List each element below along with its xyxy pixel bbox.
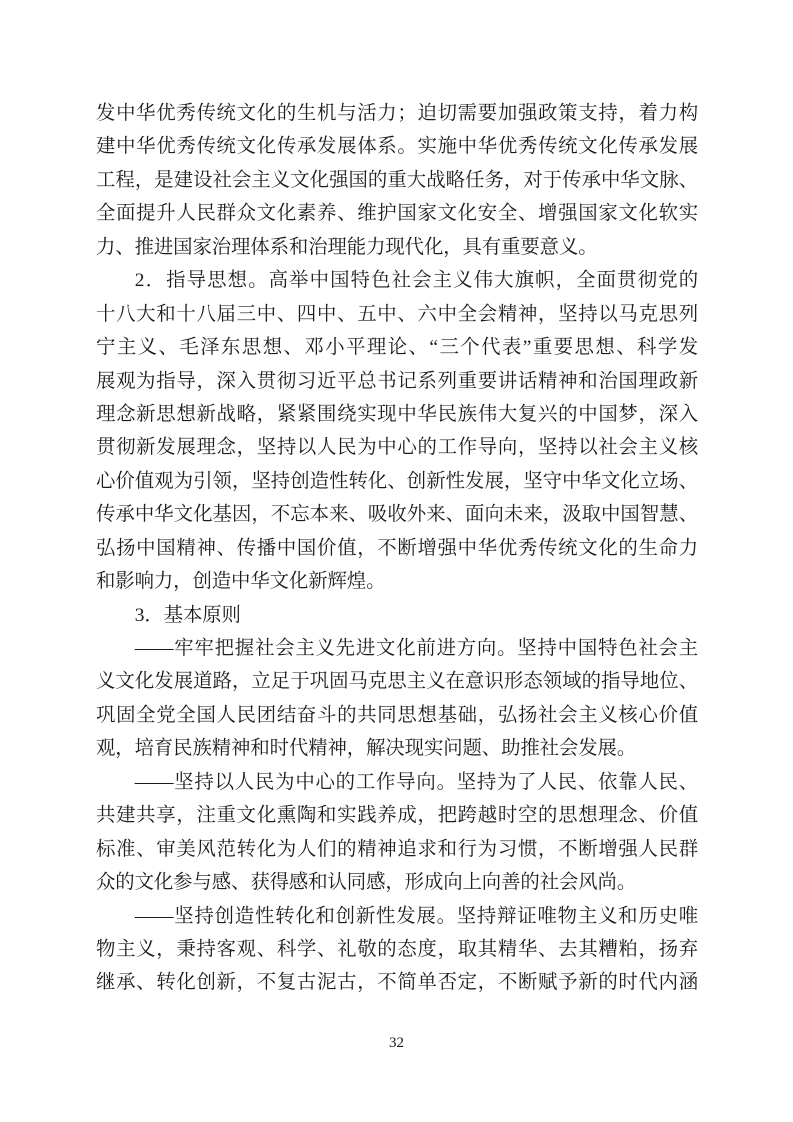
text-line: 继承、转化创新，不复古泥古，不简单否定，不断赋予新的时代内涵	[96, 966, 698, 999]
text-line: 展观为指导，深入贯彻习近平总书记系列重要讲话精神和治国理政新	[96, 365, 698, 398]
text-line: ——坚持创造性转化和创新性发展。坚持辩证唯物主义和历史唯	[96, 900, 698, 933]
paragraph-principle-creative-transformation: ——坚持创造性转化和创新性发展。坚持辩证唯物主义和历史唯物主义，秉持客观、科学、…	[96, 900, 698, 1000]
paragraph-significance-continuation: 发中华优秀传统文化的生机与活力；迫切需要加强政策支持，着力构建中华优秀传统文化传…	[96, 97, 698, 264]
document-page: 发中华优秀传统文化的生机与活力；迫切需要加强政策支持，着力构建中华优秀传统文化传…	[0, 0, 793, 1122]
paragraph-guiding-ideology: 2．指导思想。高举中国特色社会主义伟大旗帜，全面贯彻党的十八大和十八届三中、四中…	[96, 264, 698, 598]
text-line: 全面提升人民群众文化素养、维护国家文化安全、增强国家文化软实	[96, 197, 698, 230]
text-line: 心价值观为引领，坚持创造性转化、创新性发展，坚守中华文化立场、	[96, 465, 698, 498]
paragraph-basic-principles-heading: 3．基本原则	[96, 599, 698, 632]
text-line: 贯彻新发展理念，坚持以人民为中心的工作导向，坚持以社会主义核	[96, 431, 698, 464]
text-line: ——坚持以人民为中心的工作导向。坚持为了人民、依靠人民、	[96, 766, 698, 799]
text-line: 工程，是建设社会主义文化强国的重大战略任务，对于传承中华文脉、	[96, 164, 698, 197]
text-line: ——牢牢把握社会主义先进文化前进方向。坚持中国特色社会主	[96, 632, 698, 665]
text-line: 物主义，秉持客观、科学、礼敬的态度，取其精华、去其糟粕，扬弃	[96, 933, 698, 966]
paragraph-principle-people-centered: ——坚持以人民为中心的工作导向。坚持为了人民、依靠人民、共建共享，注重文化熏陶和…	[96, 766, 698, 900]
text-line: 理念新思想新战略，紧紧围绕实现中华民族伟大复兴的中国梦，深入	[96, 398, 698, 431]
text-line: 宁主义、毛泽东思想、邓小平理论、“三个代表”重要思想、科学发	[96, 331, 698, 364]
text-line: 巩固全党全国人民团结奋斗的共同思想基础，弘扬社会主义核心价值	[96, 699, 698, 732]
text-line: 和影响力，创造中华文化新辉煌。	[96, 565, 698, 598]
page-number: 32	[0, 1033, 793, 1053]
text-line: 建中华优秀传统文化传承发展体系。实施中华优秀传统文化传承发展	[96, 130, 698, 163]
text-line: 弘扬中国精神、传播中国价值，不断增强中华优秀传统文化的生命力	[96, 532, 698, 565]
text-line: 标准、审美风范转化为人们的精神追求和行为习惯，不断增强人民群	[96, 833, 698, 866]
text-line: 义文化发展道路，立足于巩固马克思主义在意识形态领域的指导地位、	[96, 665, 698, 698]
text-line: 观，培育民族精神和时代精神，解决现实问题、助推社会发展。	[96, 732, 698, 765]
text-line: 力、推进国家治理体系和治理能力现代化，具有重要意义。	[96, 231, 698, 264]
paragraph-principle-advanced-culture: ——牢牢把握社会主义先进文化前进方向。坚持中国特色社会主义文化发展道路，立足于巩…	[96, 632, 698, 766]
text-line: 传承中华文化基因，不忘本来、吸收外来、面向未来，汲取中国智慧、	[96, 498, 698, 531]
text-line: 共建共享，注重文化熏陶和实践养成，把跨越时空的思想理念、价值	[96, 799, 698, 832]
text-line: 十八大和十八届三中、四中、五中、六中全会精神，坚持以马克思列	[96, 298, 698, 331]
text-line: 发中华优秀传统文化的生机与活力；迫切需要加强政策支持，着力构	[96, 97, 698, 130]
document-body: 发中华优秀传统文化的生机与活力；迫切需要加强政策支持，着力构建中华优秀传统文化传…	[96, 97, 698, 1000]
text-line: 3．基本原则	[96, 599, 698, 632]
text-line: 2．指导思想。高举中国特色社会主义伟大旗帜，全面贯彻党的	[96, 264, 698, 297]
text-line: 众的文化参与感、获得感和认同感，形成向上向善的社会风尚。	[96, 866, 698, 899]
